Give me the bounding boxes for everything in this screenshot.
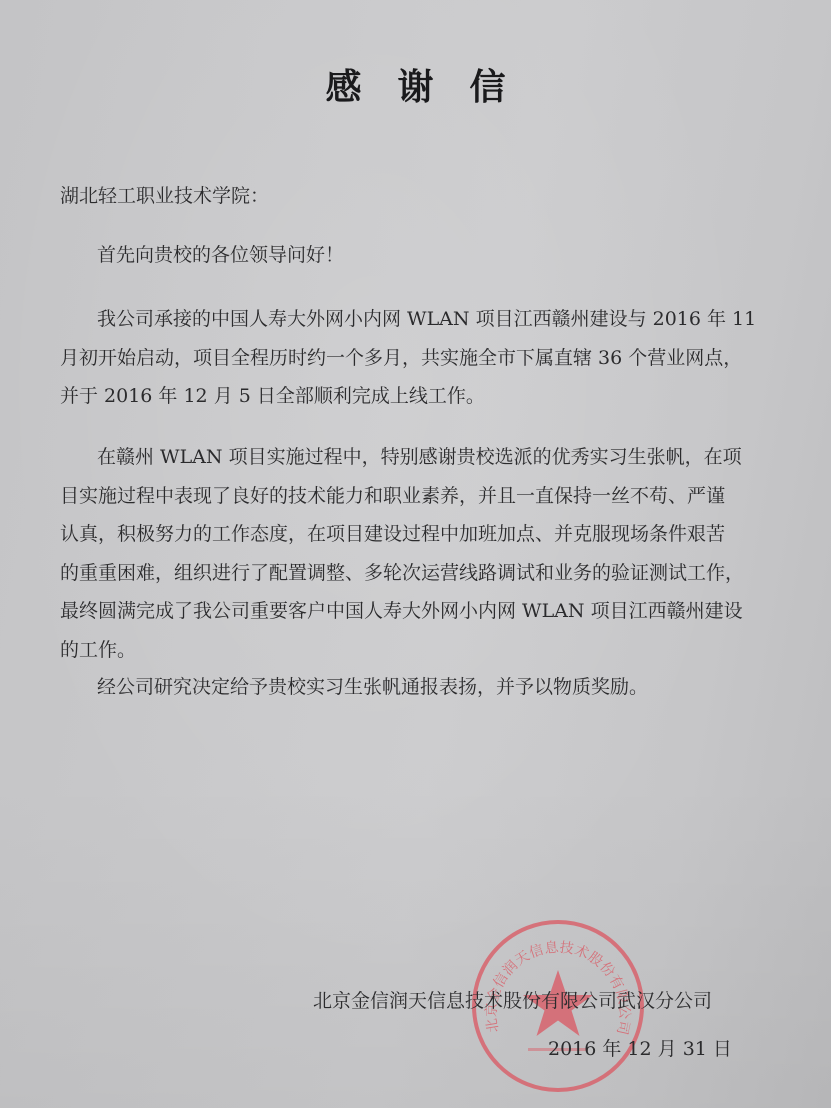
greeting-line: 首先向贵校的各位领导问好！	[97, 242, 344, 268]
paragraph-line: 认真，积极努力的工作态度，在项目建设过程中加班加点、并克服现场条件艰苦	[60, 515, 720, 554]
paragraph-line: 我公司承接的中国人寿大外网小内网 WLAN 项目江西赣州建设与 2016 年 1…	[60, 300, 720, 339]
paragraph-line: 目实施过程中表现了良好的技术能力和职业素养，并且一直保持一丝不苟、严谨	[60, 477, 720, 516]
paragraph-thanks: 在赣州 WLAN 项目实施过程中，特别感谢贵校选派的优秀实习生张帆，在项 目实施…	[60, 438, 720, 669]
letter-title: 感谢信	[0, 64, 831, 112]
paragraph-line: 经公司研究决定给予贵校实习生张帆通报表扬，并予以物质奖励。	[97, 668, 757, 707]
paragraph-decision: 经公司研究决定给予贵校实习生张帆通报表扬，并予以物质奖励。	[97, 668, 757, 707]
paragraph-project-summary: 我公司承接的中国人寿大外网小内网 WLAN 项目江西赣州建设与 2016 年 1…	[60, 300, 720, 416]
recipient-line: 湖北轻工职业技术学院：	[60, 183, 269, 209]
paragraph-line: 月初开始启动，项目全程历时约一个多月，共实施全市下属直辖 36 个营业网点，	[60, 339, 720, 378]
paragraph-line: 在赣州 WLAN 项目实施过程中，特别感谢贵校选派的优秀实习生张帆，在项	[60, 438, 720, 477]
paragraph-line: 最终圆满完成了我公司重要客户中国人寿大外网小内网 WLAN 项目江西赣州建设	[60, 592, 720, 631]
paragraph-line: 并于 2016 年 12 月 5 日全部顺利完成上线工作。	[60, 377, 720, 416]
signature-company: 北京金信润天信息技术股份有限公司武汉分公司	[313, 988, 712, 1014]
letter-date: 2016 年 12 月 31 日	[548, 1036, 732, 1062]
paragraph-line: 的工作。	[60, 631, 720, 670]
paragraph-line: 的重重困难，组织进行了配置调整、多轮次运营线路调试和业务的验证测试工作，	[60, 554, 720, 593]
